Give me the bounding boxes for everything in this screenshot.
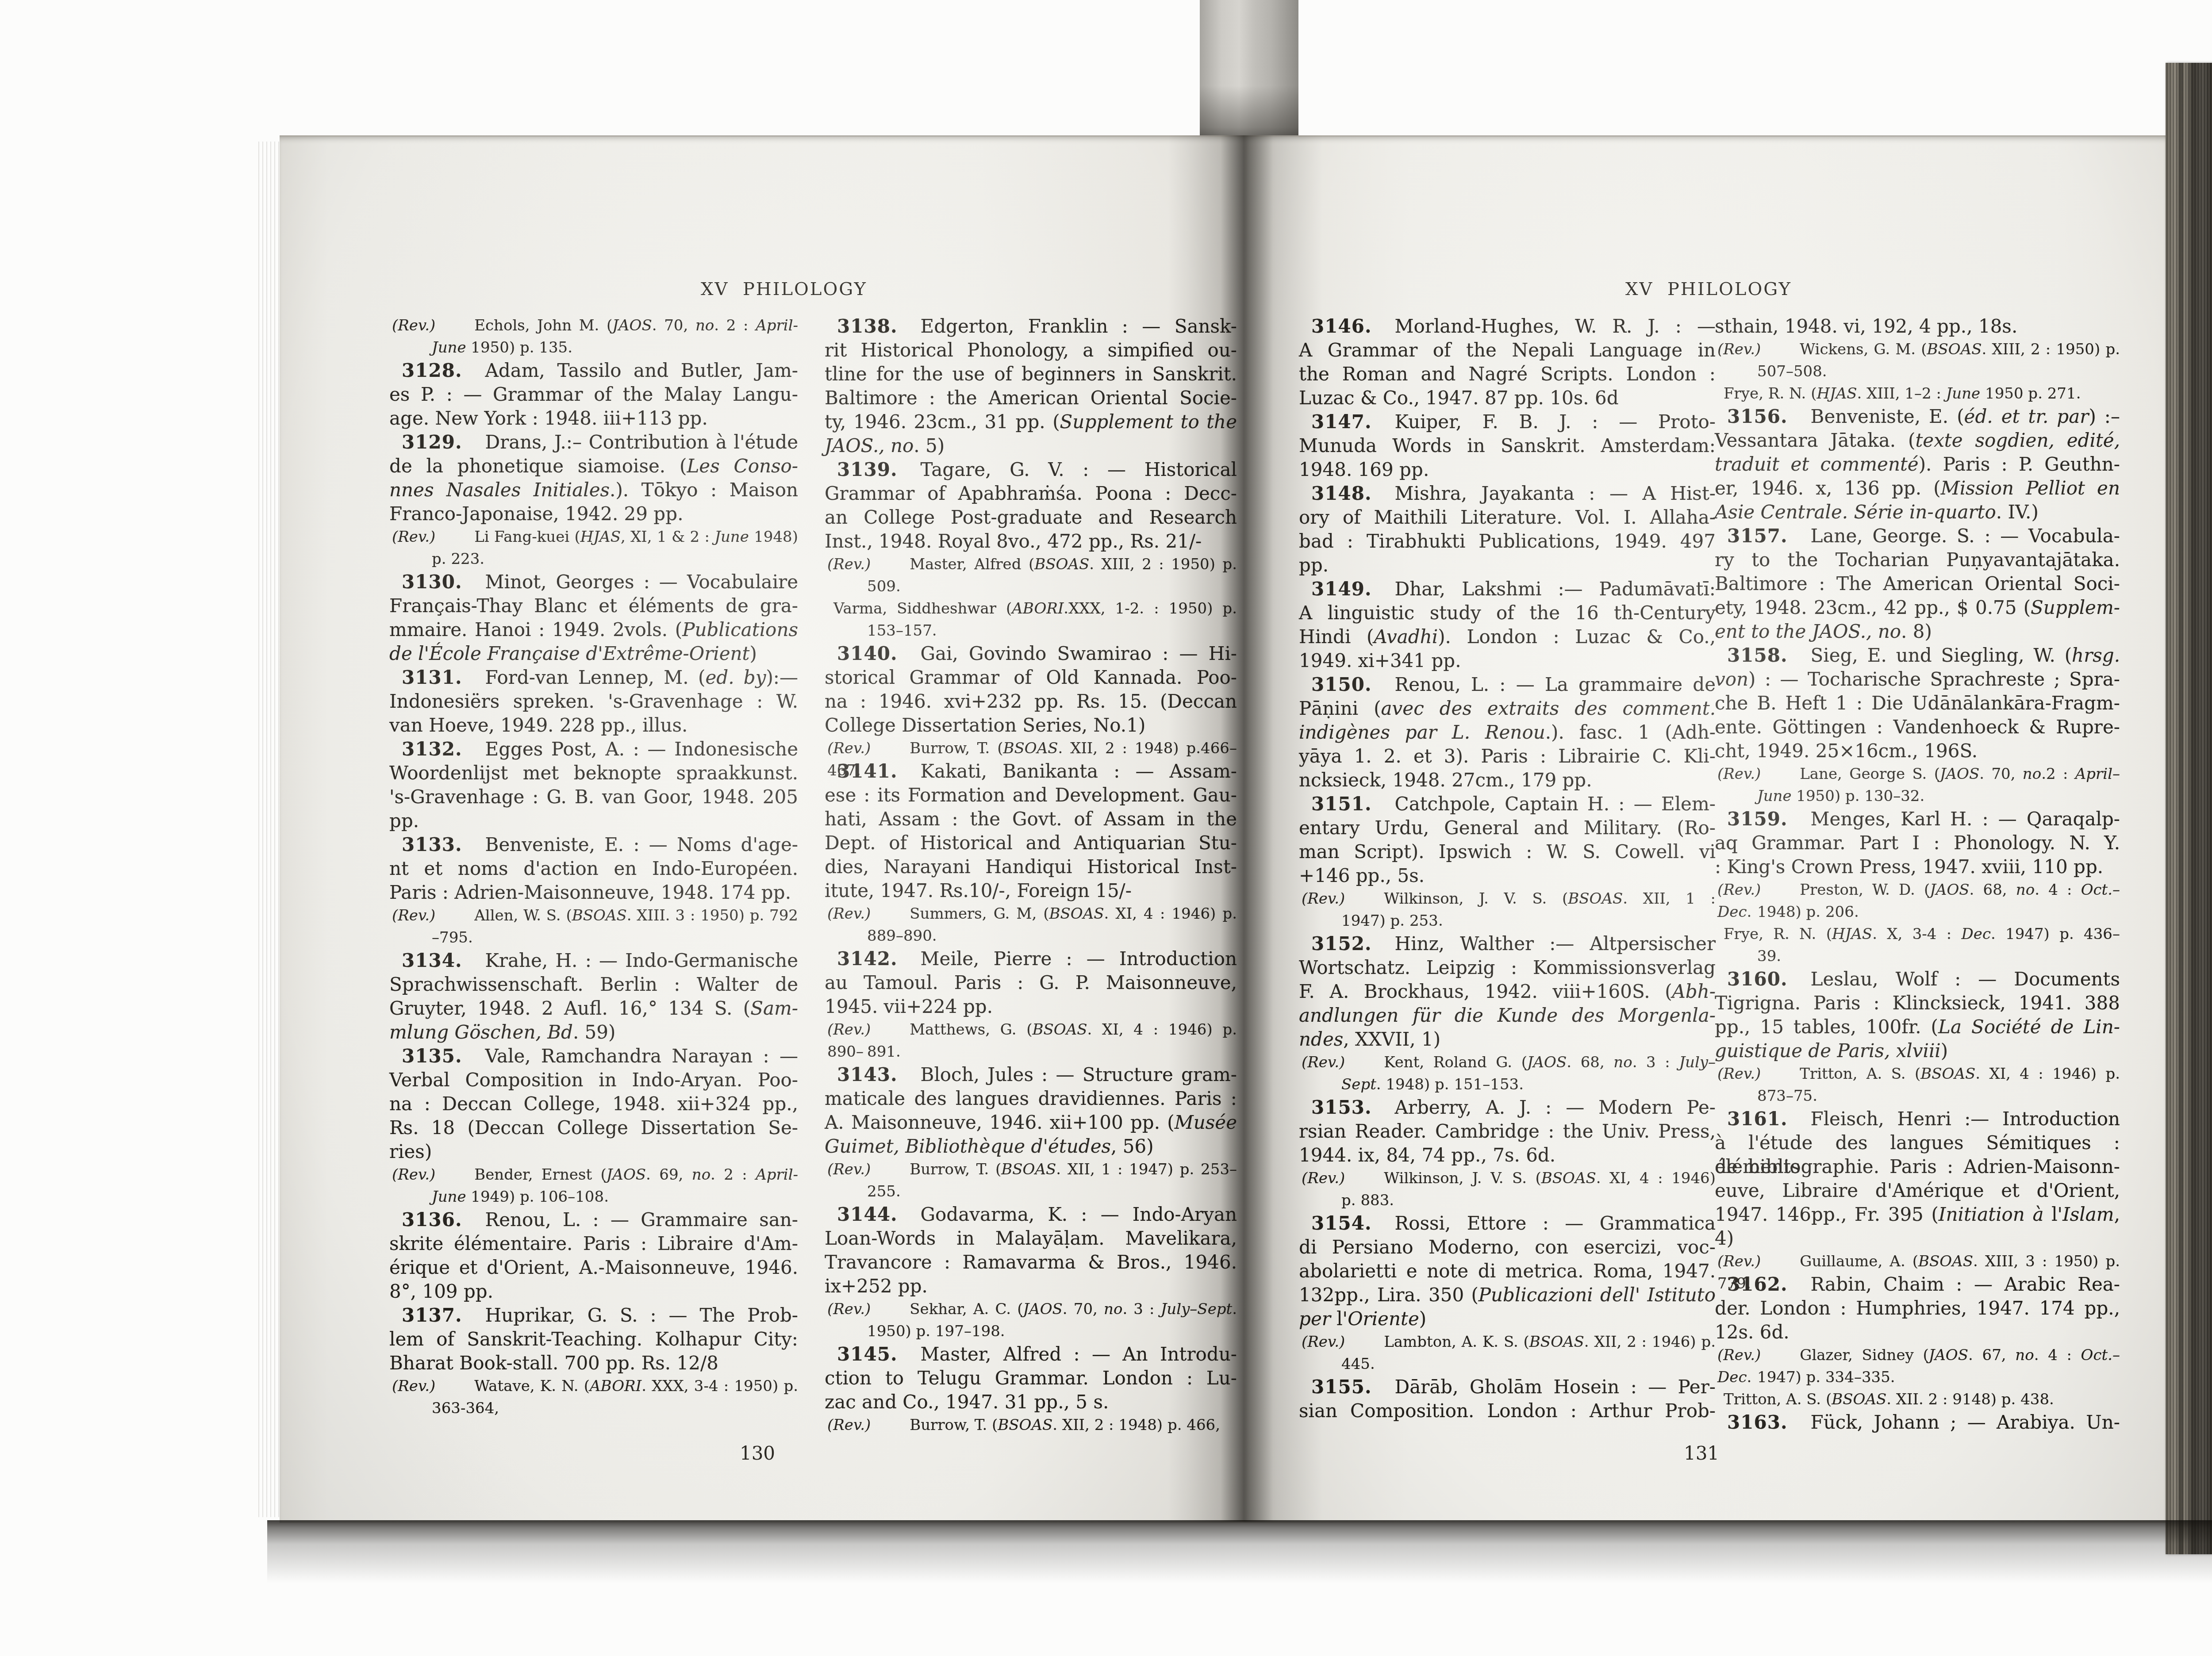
bib-line: Sept. 1948) p. 151–153. — [1299, 1073, 1716, 1096]
running-head-right: XV PHILOLOGY — [1625, 279, 1792, 299]
bib-line: yāya 1. 2. et 3). Paris : Librairie C. K… — [1299, 744, 1716, 768]
bib-line: 132pp., Lira. 350 (Publicazioni dell' Is… — [1299, 1283, 1716, 1307]
bib-line: : King's Crown Press, 1947. xviii, 110 p… — [1715, 855, 2120, 879]
right-fore-edge — [2166, 63, 2212, 1554]
bib-entry-line: 3157.Lane, George. S. : — Vocabula- — [1715, 524, 2120, 548]
entry-number: 3137. — [402, 1304, 462, 1326]
review-text: Burrow, T. (BSOAS. XII, 1 : 1947) p. 253… — [910, 1161, 1237, 1178]
entry-number: 3160. — [1727, 968, 1788, 990]
entry-text: Leslau, Wolf : — Documents — [1811, 968, 2120, 990]
entry-text: Kakati, Banikanta : — Assam- — [921, 760, 1237, 782]
bib-entry-line: 3143.Bloch, Jules : — Structure gram- — [825, 1063, 1237, 1087]
bib-line: storical Grammar of Old Kannada. Poo- — [825, 666, 1237, 690]
bib-line: Baltimore : the American Oriental Socie- — [825, 386, 1237, 410]
bib-line: 153–157. — [825, 620, 1237, 642]
bib-line: de bibliographie. Paris : Adrien-Maisonn… — [1715, 1155, 2120, 1179]
review-label: (Rev.) — [827, 1161, 871, 1178]
bib-line: (Rev.)Echols, John M. (JAOS. 70, no. 2 :… — [389, 314, 798, 337]
bib-entry-line: 3140.Gai, Govindo Swamirao : — Hi- — [825, 642, 1237, 666]
bib-line: pp. — [389, 809, 798, 833]
bib-line: Indonesiërs spreken. 's-Gravenhage : W. — [389, 690, 798, 713]
entry-text: Drans, J.:– Contribution à l'étude — [485, 431, 798, 453]
entry-number: 3146. — [1311, 315, 1372, 337]
bib-entry-line: 3137.Huprikar, G. S. : — The Prob- — [389, 1303, 798, 1327]
bib-line: guistique de Paris, xlviii) — [1715, 1039, 2120, 1063]
bib-line: (Rev.)Li Fang-kuei (HJAS, XI, 1 & 2 : Ju… — [389, 526, 798, 548]
bib-entry-line: 3152.Hinz, Walther :— Altpersischer — [1299, 932, 1716, 956]
entry-text: Bloch, Jules : — Structure gram- — [921, 1064, 1237, 1085]
bib-line: es P. : — Grammar of the Malay Langu- — [389, 383, 798, 406]
bib-line: Frye, R. N. (HJAS. X, 3-4 : Dec. 1947) p… — [1715, 923, 2120, 945]
running-head-left: XV PHILOLOGY — [701, 279, 867, 299]
entry-number: 3144. — [837, 1204, 898, 1225]
bib-line: 1947) p. 334–335. — [1715, 1366, 2120, 1388]
bib-line: 889–890. — [825, 925, 1237, 947]
entry-text: Minot, Georges : — Vocabulaire — [485, 571, 798, 593]
bib-line: 12s. 6d. — [1715, 1320, 2120, 1344]
bib-line: er, 1946. x, 136 pp. (Mission Pelliot en — [1715, 476, 2120, 500]
bib-entry-line: 3163.Fück, Johann ; — Arabiya. Un- — [1715, 1411, 2120, 1434]
bib-line: érique et d'Orient, A.-Maisonneuve, 1946… — [389, 1256, 798, 1280]
bib-entry-line: 3155.Dārāb, Gholām Hosein : — Per- — [1299, 1375, 1716, 1399]
bib-line: June 1950) p. 135. — [389, 337, 798, 359]
bib-line: an College Post-graduate and Research — [825, 506, 1237, 529]
bib-line: Hindi (Avadhi). London : Luzac & Co., — [1299, 625, 1716, 649]
bib-line: 891. — [825, 1041, 1237, 1063]
entry-text: Tagare, G. V. : — Historical — [921, 459, 1237, 480]
bib-line: (Rev.)Bender, Ernest (JAOS. 69, no. 2 : … — [389, 1164, 798, 1186]
entry-number: 3161. — [1727, 1108, 1788, 1130]
review-label: (Rev.) — [827, 1021, 871, 1039]
bib-line: ese : its Formation and Development. Gau… — [825, 783, 1237, 807]
bib-line: JAOS., no. 5) — [825, 434, 1237, 458]
bib-line: (Rev.)Guillaume, A. (BSOAS. XIII, 3 : 19… — [1715, 1250, 2120, 1273]
entry-number: 3147. — [1311, 411, 1372, 433]
bib-line: entary Urdu, General and Military. (Ro- — [1299, 816, 1716, 840]
bib-line: 363-364, — [389, 1397, 798, 1419]
page-number-left: 130 — [740, 1442, 775, 1464]
bib-line: Gruyter, 1948. 2 Aufl. 16,° 134 S. (Sam- — [389, 997, 798, 1020]
bib-line: p. 883. — [1299, 1189, 1716, 1211]
bib-entry-line: 3158.Sieg, E. und Siegling, W. (hrsg. — [1715, 644, 2120, 667]
review-text: Summers, G. M, (BSOAS. XI, 4 : 1946) p. — [910, 905, 1237, 923]
bib-line: Varma, Siddheshwar (ABORI.XXX, 1-2. : 19… — [825, 598, 1237, 620]
entry-text: Ford-van Lennep, M. (ed. by):— — [485, 667, 798, 688]
bib-line: von) : — Tocharische Sprachreste ; Spra- — [1715, 667, 2120, 691]
bib-line: ndes, XXVII, 1) — [1299, 1027, 1716, 1051]
review-text: Bender, Ernest (JAOS. 69, no. 2 : April- — [474, 1166, 798, 1184]
bib-entry-line: 3144.Godavarma, K. : — Indo-Aryan — [825, 1203, 1237, 1227]
review-label: (Rev.) — [1717, 765, 1761, 783]
bib-entry-line: 3147.Kuiper, F. B. J. : — Proto- — [1299, 410, 1716, 434]
bib-entry-line: 3151.Catchpole, Captain H. : — Elem- — [1299, 792, 1716, 816]
bib-line: (Rev.)Sekhar, A. C. (JAOS. 70, no. 3 : J… — [825, 1298, 1237, 1320]
page-number-right: 131 — [1684, 1442, 1719, 1464]
review-label: (Rev.) — [392, 528, 435, 546]
bib-line: à l'étude des langues Sémitiques : éléme… — [1715, 1131, 2120, 1155]
bib-line: sian Composition. London : Arthur Prob- — [1299, 1399, 1716, 1423]
bib-line: ncksieck, 1948. 27cm., 179 pp. — [1299, 768, 1716, 792]
bib-entry-line: 3156.Benveniste, E. (éd. et tr. par) :– — [1715, 405, 2120, 429]
bib-line: na : Deccan College, 1948. xii+324 pp., — [389, 1092, 798, 1116]
entry-text: Sieg, E. und Siegling, W. (hrsg. — [1811, 644, 2120, 666]
bib-line: der. London : Humphries, 1947. 174 pp., — [1715, 1296, 2120, 1320]
entry-number: 3139. — [837, 459, 898, 480]
review-text: Wilkinson, J. V. S. (BSOAS. XII, 1 : — [1384, 890, 1716, 908]
entry-text: Krahe, H. : — Indo-Germanische — [485, 950, 798, 971]
bib-line: Verbal Composition in Indo-Aryan. Poo- — [389, 1068, 798, 1092]
entry-number: 3149. — [1311, 578, 1372, 600]
bib-line: ory of Maithili Literature. Vol. I. Alla… — [1299, 506, 1716, 529]
bib-line: ente. Göttingen : Vandenhoeck & Rupre- — [1715, 715, 2120, 739]
bib-line: (Rev.)Burrow, T. (BSOAS. XII, 2 : 1948) … — [825, 737, 1237, 759]
bib-line: Tritton, A. S. (BSOAS. XII. 2 : 9148) p.… — [1715, 1388, 2120, 1411]
entry-text: Benveniste, E. (éd. et tr. par) :– — [1811, 406, 2120, 427]
entry-text: Dhar, Lakshmi :— Padumāvatī: — [1395, 578, 1716, 600]
bib-line: (Rev.)Master, Alfred (BSOAS. XIII, 2 : 1… — [825, 553, 1237, 575]
bib-line: Franco-Japonaise, 1942. 29 pp. — [389, 502, 798, 526]
bib-line: 1948. 169 pp. — [1299, 458, 1716, 482]
bib-line: Woordenlijst met beknopte spraakkunst. — [389, 761, 798, 785]
entry-number: 3155. — [1311, 1376, 1372, 1398]
bib-line: abolarietti e note di metrica. Roma, 194… — [1299, 1259, 1716, 1283]
review-label: (Rev.) — [1302, 890, 1345, 908]
bib-entry-line: 3153.Arberry, A. J. : — Modern Pe- — [1299, 1096, 1716, 1119]
bib-line: Wortschatz. Leipzig : Kommissionsverlag — [1299, 956, 1716, 980]
bib-line: mmaire. Hanoi : 1949. 2vols. (Publicatio… — [389, 618, 798, 642]
entry-text: Hinz, Walther :— Altpersischer — [1395, 933, 1716, 954]
bibliography-column: (Rev.)Echols, John M. (JAOS. 70, no. 2 :… — [389, 314, 798, 1419]
entry-text: Adam, Tassilo and Butler, Jam- — [485, 360, 798, 381]
bib-line: 1950) p. 197–198. — [825, 1320, 1237, 1342]
bib-line: Tigrigna. Paris : Klincksieck, 1941. 388 — [1715, 991, 2120, 1015]
entry-text: Egges Post, A. : — Indonesische — [485, 738, 798, 760]
bib-entry-line: 3131.Ford-van Lennep, M. (ed. by):— — [389, 666, 798, 690]
entry-number: 3154. — [1311, 1212, 1372, 1234]
entry-number: 3128. — [402, 360, 462, 381]
bib-entry-line: 3142.Meile, Pierre : — Introduction — [825, 947, 1237, 971]
left-page-edges — [258, 142, 281, 1517]
bib-line: 507–508. — [1715, 360, 2120, 383]
bib-entry-line: 3161.Fleisch, Henri :— Introduction — [1715, 1107, 2120, 1131]
bib-line: Bharat Book-stall. 700 pp. Rs. 12/8 — [389, 1351, 798, 1375]
bib-line: ry to the Tocharian Puṇyavantajātaka. — [1715, 548, 2120, 572]
bib-line: Frye, R. N. (HJAS. XIII, 1–2 : June 1950… — [1715, 383, 2120, 405]
review-label: (Rev.) — [827, 905, 871, 923]
bib-line: 255. — [825, 1181, 1237, 1203]
bib-line: tline for the use of beginners in Sanskr… — [825, 362, 1237, 386]
bib-line: (Rev.)Allen, W. S. (BSOAS. XIII. 3 : 195… — [389, 905, 798, 927]
bib-entry-line: 3138.Edgerton, Franklin : — Sansk- — [825, 314, 1237, 338]
bib-line: bad : Tirabhukti Publications, 1949. 497 — [1299, 529, 1716, 553]
bib-entry-line: 3132.Egges Post, A. : — Indonesische — [389, 737, 798, 761]
entry-number: 3138. — [837, 315, 898, 337]
bib-line: hati, Assam : the Govt. of Assam in the — [825, 807, 1237, 831]
review-text: Wickens, G. M. (BSOAS. XIII, 2 : 1950) p… — [1800, 341, 2120, 358]
entry-number: 3132. — [402, 738, 462, 760]
bib-line: au Tamoul. Paris : G. P. Maisonneuve, — [825, 971, 1237, 995]
bib-line: Luzac & Co., 1947. 87 pp. 10s. 6d — [1299, 386, 1716, 410]
entry-text: Arberry, A. J. : — Modern Pe- — [1395, 1096, 1716, 1118]
entry-text: Godavarma, K. : — Indo-Aryan — [921, 1204, 1237, 1225]
bib-line: (Rev.)Lane, George S. (JAOS. 70, no.2 : … — [1715, 763, 2120, 785]
entry-number: 3150. — [1311, 674, 1372, 695]
bib-entry-line: 3159.Menges, Karl H. : — Qaraqalp- — [1715, 807, 2120, 831]
bib-line: Loan-Words in Malayāḷam. Mavelikara, — [825, 1227, 1237, 1250]
review-label: (Rev.) — [1302, 1333, 1345, 1351]
bib-line: +146 pp., 5s. — [1299, 864, 1716, 888]
review-text: Allen, W. S. (BSOAS. XIII. 3 : 1950) p. … — [474, 907, 798, 924]
bib-line: mlung Göschen, Bd. 59) — [389, 1020, 798, 1044]
bib-line: rit Historical Phonology, a simpified ou… — [825, 338, 1237, 362]
left-page: XV PHILOLOGY (Rev.)Echols, John M. (JAOS… — [280, 135, 1245, 1523]
bib-entry-line: 3133.Benveniste, E. : — Noms d'age- — [389, 833, 798, 857]
bib-line: (Rev.)Lambton, A. K. S. (BSOAS. XII, 2 :… — [1299, 1331, 1716, 1353]
entry-number: 3136. — [402, 1209, 462, 1230]
bib-line: cht, 1949. 25×16cm., 196S. — [1715, 739, 2120, 763]
bib-line: man Script). Ipswich : W. S. Cowell. vi — [1299, 840, 1716, 864]
entry-text: Renou, L. : — Grammaire san- — [485, 1209, 798, 1230]
entry-number: 3159. — [1727, 808, 1788, 830]
bib-line: ent to the JAOS., no. 8) — [1715, 620, 2120, 644]
bibliography-column: 3146.Morland-Hughes, W. R. J. : —A Gramm… — [1299, 314, 1716, 1423]
bib-line: Munuda Words in Sanskrit. Amsterdam: — [1299, 434, 1716, 458]
bib-line: 1947) p. 253. — [1299, 910, 1716, 932]
bib-entry-line: 3129.Drans, J.:– Contribution à l'étude — [389, 430, 798, 454]
entry-number: 3148. — [1311, 483, 1372, 504]
bib-line: 1944. ix, 84, 74 pp., 7s. 6d. — [1299, 1143, 1716, 1167]
bib-line: 1945. vii+224 pp. — [825, 995, 1237, 1019]
entry-number: 3151. — [1311, 793, 1372, 815]
bib-line: nt et noms d'action en Indo-Européen. — [389, 857, 798, 881]
bib-entry-line: 3162.Rabin, Chaim : — Arabic Rea- — [1715, 1273, 2120, 1296]
bib-line: A. Maisonneuve, 1946. xii+100 pp. (Musée — [825, 1111, 1237, 1135]
entry-number: 3129. — [402, 431, 462, 453]
bib-line: F. A. Brockhaus, 1942. viii+160S. (Abh- — [1299, 980, 1716, 1004]
bib-line: di Persiano Moderno, con esercizi, voc- — [1299, 1235, 1716, 1259]
entry-text: Master, Alfred : — An Introdu- — [921, 1343, 1237, 1365]
bib-line: ries) — [389, 1140, 798, 1164]
entry-text: Gai, Govindo Swamirao : — Hi- — [921, 643, 1237, 664]
entry-number: 3156. — [1727, 406, 1788, 427]
bib-line: 445. — [1299, 1353, 1716, 1375]
bib-line: 1949. xi+341 pp. — [1299, 649, 1716, 673]
bib-line: Paris : Adrien-Maisonneuve, 1948. 174 pp… — [389, 881, 798, 905]
entry-number: 3131. — [402, 667, 462, 688]
entry-text: Catchpole, Captain H. : — Elem- — [1395, 793, 1716, 815]
bib-line: 39. — [1715, 945, 2120, 967]
bib-line: (Rev.)Preston, W. D. (JAOS. 68, no. 4 : … — [1715, 879, 2120, 901]
bib-line: (Rev.)Kent, Roland G. (JAOS. 68, no. 3 :… — [1299, 1051, 1716, 1073]
bib-line: euve, Libraire d'Amérique et d'Orient, — [1715, 1179, 2120, 1203]
review-label: (Rev.) — [827, 1300, 871, 1318]
bib-line: June 1950) p. 130–32. — [1715, 785, 2120, 807]
review-text: Wilkinson, J. V. S. (BSOAS. XI, 4 : 1946… — [1384, 1169, 1716, 1187]
review-label: (Rev.) — [1302, 1054, 1345, 1071]
bib-line: per l'Oriente) — [1299, 1307, 1716, 1331]
review-label: (Rev.) — [1302, 1169, 1345, 1187]
bib-line: de l'École Française d'Extrême-Orient) — [389, 642, 798, 666]
bib-entry-line: 3128.Adam, Tassilo and Butler, Jam- — [389, 359, 798, 383]
entry-text: Menges, Karl H. : — Qaraqalp- — [1811, 808, 2120, 830]
bib-line: ction to Telugu Grammar. London : Lu- — [825, 1366, 1237, 1390]
bib-line: –795. — [389, 927, 798, 949]
bib-line: 509. — [825, 575, 1237, 598]
entry-text: Morland-Hughes, W. R. J. : — — [1395, 315, 1716, 337]
bib-line: ety, 1948. 23cm., 42 pp., $ 0.75 (Supple… — [1715, 596, 2120, 620]
bib-line: Guimet, Bibliothèque d'études, 56) — [825, 1135, 1237, 1158]
entry-text: Kuiper, F. B. J. : — Proto- — [1395, 411, 1716, 433]
bib-line: ix+252 pp. — [825, 1274, 1237, 1298]
bibliography-column: 3138.Edgerton, Franklin : — Sansk-rit Hi… — [825, 314, 1237, 1436]
entry-text: Dārāb, Gholām Hosein : — Per- — [1395, 1376, 1716, 1398]
entry-text: Rossi, Ettore : — Grammatica — [1395, 1212, 1716, 1234]
entry-number: 3152. — [1311, 933, 1372, 954]
bib-line: (Rev.)Wilkinson, J. V. S. (BSOAS. XII, 1… — [1299, 888, 1716, 910]
bib-line: (Rev.)Burrow, T. (BSOAS. XII, 1 : 1947) … — [825, 1158, 1237, 1181]
review-label: (Rev.) — [1717, 341, 1761, 358]
bib-line: 1948) p. 206. — [1715, 901, 2120, 923]
bib-line: (Rev.)Glazer, Sidney (JAOS. 67, no. 4 : … — [1715, 1344, 2120, 1366]
bib-entry-line: 3134.Krahe, H. : — Indo-Germanische — [389, 949, 798, 973]
bib-line: Baltimore : The American Oriental Soci- — [1715, 572, 2120, 596]
bib-line: andlungen für die Kunde des Morgenla- — [1299, 1004, 1716, 1027]
entry-text: Rabin, Chaim : — Arabic Rea- — [1811, 1273, 2120, 1295]
bib-line: June 1949) p. 106–108. — [389, 1186, 798, 1208]
bib-line: Dept. of Historical and Antiquarian Stu- — [825, 831, 1237, 855]
bib-line: Vessantara Jātaka. (texte sogdien, edité… — [1715, 429, 2120, 452]
bib-entry-line: 3154.Rossi, Ettore : — Grammatica — [1299, 1211, 1716, 1235]
review-label: (Rev.) — [1717, 881, 1761, 899]
bib-line: Pāṇini (avec des extraits des comment. — [1299, 697, 1716, 721]
review-label: (Rev.) — [392, 1377, 435, 1395]
entry-number: 3143. — [837, 1064, 898, 1085]
bib-entry-line: 3149.Dhar, Lakshmi :— Padumāvatī: — [1299, 577, 1716, 601]
bib-line: (Rev.)Tritton, A. S. (BSOAS. XI, 4 : 194… — [1715, 1063, 2120, 1085]
bib-line: sthain, 1948. vi, 192, 4 pp., 18s. — [1715, 314, 2120, 338]
review-text: Echols, John M. (JAOS. 70, no. 2 : April… — [474, 317, 798, 334]
bib-line: 4) — [1715, 1227, 2120, 1250]
entry-number: 3145. — [837, 1343, 898, 1365]
bib-line: 1947. 146pp., Fr. 395 (Initiation à l'Is… — [1715, 1203, 2120, 1227]
bib-line: Français-Thay Blanc et éléments de gra- — [389, 594, 798, 618]
bib-line: na : 1946. xvi+232 pp. Rs. 15. (Deccan — [825, 690, 1237, 713]
review-text: Sekhar, A. C. (JAOS. 70, no. 3 : July–Se… — [910, 1300, 1237, 1318]
bib-entry-line: 3146.Morland-Hughes, W. R. J. : — — [1299, 314, 1716, 338]
entry-text: Mishra, Jayakanta : — A Hist- — [1395, 483, 1716, 504]
entry-number: 3141. — [837, 760, 898, 782]
bib-line: skrite élémentaire. Paris : Libraire d'A… — [389, 1232, 798, 1256]
review-text: Li Fang-kuei (HJAS, XI, 1 & 2 : June 194… — [474, 528, 798, 546]
bib-line: A Grammar of the Nepali Language in — [1299, 338, 1716, 362]
review-label: (Rev.) — [827, 1416, 871, 1434]
bib-line: dies, Narayani Handiqui Historical Inst- — [825, 855, 1237, 879]
bib-entry-line: 3160.Leslau, Wolf : — Documents — [1715, 967, 2120, 991]
review-text: Lane, George S. (JAOS. 70, no.2 : April– — [1800, 765, 2120, 783]
bib-line: 's-Gravenhage : G. B. van Goor, 1948. 20… — [389, 785, 798, 809]
entry-text: Huprikar, G. S. : — The Prob- — [485, 1304, 798, 1326]
entry-text: Lane, George. S. : — Vocabula- — [1811, 525, 2120, 547]
entry-text: Fück, Johann ; — Arabiya. Un- — [1811, 1411, 2120, 1433]
entry-text: Edgerton, Franklin : — Sansk- — [921, 315, 1237, 337]
bib-entry-line: 3148.Mishra, Jayakanta : — A Hist- — [1299, 482, 1716, 506]
bibliography-column: sthain, 1948. vi, 192, 4 pp., 18s.(Rev.)… — [1715, 314, 2120, 1434]
bib-entry-line: 3136.Renou, L. : — Grammaire san- — [389, 1208, 798, 1232]
bib-line: 873–75. — [1715, 1085, 2120, 1107]
bib-line: indigènes par L. Renou.). fasc. 1 (Adh- — [1299, 721, 1716, 744]
bib-line: de la phonetique siamoise. (Les Conso- — [389, 454, 798, 478]
entry-number: 3134. — [402, 950, 462, 971]
entry-number: 3140. — [837, 643, 898, 664]
review-label: (Rev.) — [392, 907, 435, 924]
bib-entry-line: 3139.Tagare, G. V. : — Historical — [825, 458, 1237, 482]
bib-line: 8°, 109 pp. — [389, 1280, 798, 1303]
bib-entry-line: 3130.Minot, Georges : — Vocabulaire — [389, 570, 798, 594]
bib-line: Asie Centrale. Série in-quarto. IV.) — [1715, 500, 2120, 524]
bib-line: College Dissertation Series, No.1) — [825, 713, 1237, 737]
bib-line: nnes Nasales Initiales.). Tōkyo : Maison — [389, 478, 798, 502]
bib-line: Inst., 1948. Royal 8vo., 472 pp., Rs. 21… — [825, 529, 1237, 553]
bib-line: aq Grammar. Part I : Phonology. N. Y. — [1715, 831, 2120, 855]
entry-number: 3158. — [1727, 644, 1788, 666]
book-spine-top — [1200, 0, 1298, 138]
bib-line: Travancore : Ramavarma & Bros., 1946. — [825, 1250, 1237, 1274]
entry-number: 3130. — [402, 571, 462, 593]
bib-line: age. New York : 1948. iii+113 pp. — [389, 406, 798, 430]
review-label: (Rev.) — [827, 740, 871, 757]
entry-number: 3162. — [1727, 1273, 1788, 1295]
review-label: (Rev.) — [1717, 1346, 1761, 1364]
bib-line: pp., 15 tables, 100fr. (La Société de Li… — [1715, 1015, 2120, 1039]
book-shadow — [267, 1520, 2212, 1583]
review-text: Tritton, A. S. (BSOAS. XI, 4 : 1946) p. — [1800, 1065, 2120, 1083]
bib-line: zac and Co., 1947. 31 pp., 5 s. — [825, 1390, 1237, 1414]
bib-line: pp. — [1299, 553, 1716, 577]
bib-line: A linguistic study of the 16 th-Century — [1299, 601, 1716, 625]
review-text: Kent, Roland G. (JAOS. 68, no. 3 : July– — [1384, 1054, 1716, 1071]
review-text: Watave, K. N. (ABORI. XXX, 3-4 : 1950) p… — [474, 1377, 798, 1395]
bib-line: Grammar of Apabhraṁśa. Poona : Decc- — [825, 482, 1237, 506]
entry-text: Fleisch, Henri :— Introduction — [1811, 1108, 2120, 1130]
bib-line: p. 223. — [389, 548, 798, 570]
bib-line: lem of Sanskrit-Teaching. Kolhapur City: — [389, 1327, 798, 1351]
review-label: (Rev.) — [827, 556, 871, 573]
bib-line: itute, 1947. Rs.10/-, Foreign 15/- — [825, 879, 1237, 903]
bib-entry-line: 3141.Kakati, Banikanta : — Assam- — [825, 759, 1237, 783]
review-label: (Rev.) — [1717, 1065, 1761, 1083]
review-label: (Rev.) — [392, 317, 435, 334]
bib-line: van Hoeve, 1949. 228 pp., illus. — [389, 713, 798, 737]
entry-number: 3135. — [402, 1045, 462, 1067]
review-text: Master, Alfred (BSOAS. XIII, 2 : 1950) p… — [910, 556, 1237, 573]
bib-line: (Rev.)Summers, G. M, (BSOAS. XI, 4 : 194… — [825, 903, 1237, 925]
bib-entry-line: 3150.Renou, L. : — La grammaire de — [1299, 673, 1716, 697]
entry-text: Meile, Pierre : — Introduction — [921, 948, 1237, 970]
bib-line: ty, 1946. 23cm., 31 pp. (Supplement to t… — [825, 410, 1237, 434]
review-label: (Rev.) — [392, 1166, 435, 1184]
bib-line: (Rev.)Wickens, G. M. (BSOAS. XIII, 2 : 1… — [1715, 338, 2120, 360]
bib-line: Sprachwissenschaft. Berlin : Walter de — [389, 973, 798, 997]
review-text: Burrow, T. (BSOAS. XII, 2 : 1948) p. 466… — [910, 1416, 1220, 1434]
entry-number: 3163. — [1727, 1411, 1788, 1433]
entry-text: Renou, L. : — La grammaire de — [1395, 674, 1716, 695]
bib-line: (Rev.)Burrow, T. (BSOAS. XII, 2 : 1948) … — [825, 1414, 1237, 1436]
entry-text: Vale, Ramchandra Narayan : — — [485, 1045, 798, 1067]
entry-number: 3157. — [1727, 525, 1788, 547]
bib-line: the Roman and Nagré Scripts. London : — [1299, 362, 1716, 386]
entry-number: 3133. — [402, 834, 462, 855]
bib-line: rsian Reader. Cambridge : the Univ. Pres… — [1299, 1119, 1716, 1143]
